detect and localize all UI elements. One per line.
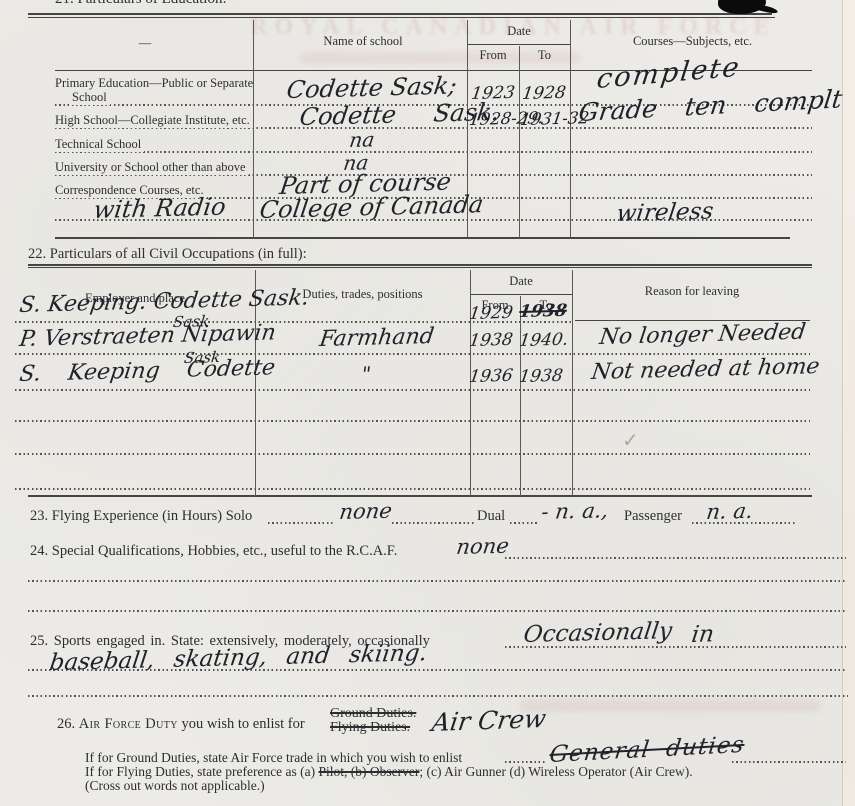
date-underline (470, 294, 572, 295)
hw-dual-hours: - n. a., (540, 498, 610, 524)
pilot-observer-struck: Pilot, (b) Observer (319, 764, 420, 779)
air-force-duty-smallcaps: Air Force Duty (79, 716, 178, 732)
section-24-label: 24. Special Qualifications, Hobbies, etc… (30, 543, 400, 560)
row-label-university: University or School other than above (55, 160, 249, 175)
row-line (15, 389, 810, 391)
flying-duties-option-struck: Flying Duties. (330, 720, 410, 736)
row-line (15, 353, 810, 355)
form-scan-page: ROYAL CANADIAN AIR FORCE 21. Particulars… (0, 0, 855, 806)
section-26-rest: you wish to enlist for (178, 716, 305, 732)
row-line (15, 453, 810, 455)
fill-in-line (732, 761, 846, 763)
section-21-title: 21. Particulars of Education: (55, 0, 227, 8)
fill-in-line (505, 761, 547, 763)
hw-to-2: 1940. (518, 330, 570, 351)
section-22-title: 22. Particulars of all Civil Occupations… (28, 246, 307, 263)
date-underline (467, 44, 570, 45)
hw-correspondence-2: with Radio (92, 193, 228, 224)
hw-solo-hours: none (338, 499, 393, 524)
column-rule (570, 20, 571, 238)
column-rule (253, 20, 254, 238)
column-header-courses: Courses—Subjects, etc. (575, 34, 810, 49)
row-label-primary-1: Primary Education—Public or Separate (55, 76, 256, 91)
column-header-from: From (467, 48, 519, 63)
hw-reason-3: Not needed at home (590, 354, 821, 385)
row-label-technical: Technical School (55, 137, 144, 152)
hw-sports-in: in (690, 621, 716, 648)
double-rule-top (28, 13, 772, 15)
hw-to-3: 1938 (518, 366, 564, 387)
page-edge-strip (842, 0, 855, 806)
blank-line (28, 610, 846, 612)
column-rule (520, 296, 521, 497)
hw-from-2: 1938 (468, 330, 514, 351)
hw-employer-3-province: Sask (183, 348, 222, 367)
hw-employer-2: P. Verstraeten Nipawin (18, 320, 277, 352)
hw-technical-na: na (348, 127, 376, 152)
double-rule-bottom (28, 267, 812, 268)
hw-passenger-hours: n. a. (705, 499, 754, 524)
flying-preference-pre: If for Flying Duties, state preference a… (85, 764, 319, 779)
column-header-school: Name of school (273, 34, 453, 49)
row-label-primary-2: School (72, 90, 110, 105)
hw-duties-2: Farmhand (318, 324, 436, 352)
hw-primary-to: 1928 (521, 83, 567, 104)
fill-in-line (268, 522, 334, 524)
flying-preference-post: ; (c) Air Gunner (d) Wireless Operator (… (419, 764, 692, 779)
fill-in-line (510, 522, 538, 524)
column-header-blank: — (90, 36, 200, 51)
column-header-to: To (519, 48, 570, 63)
double-rule-top (28, 264, 812, 266)
hw-primary-courses: complete (595, 52, 743, 95)
column-rule (519, 46, 520, 238)
row-line (55, 151, 812, 153)
column-header-date: Date (470, 274, 572, 289)
table-bottom-rule (55, 237, 790, 239)
hw-special-qualifications: none (455, 534, 510, 559)
double-rule-bottom (28, 17, 775, 18)
hw-trade-struck: General duties (548, 732, 746, 768)
table-bottom-rule (28, 495, 812, 497)
passenger-label: Passenger (624, 508, 685, 525)
section-26-label: 26. Air Force Duty you wish to enlist fo… (57, 716, 305, 733)
section-23-label: 23. Flying Experience (in Hours) Solo (30, 508, 255, 525)
column-rule (572, 270, 573, 497)
hw-duty-choice: Air Crew (430, 704, 548, 737)
pencil-check-mark: ✓ (622, 428, 639, 452)
row-label-highschool: High School—Collegiate Institute, etc. (55, 113, 253, 128)
hw-duties-3-ditto: " (360, 362, 372, 386)
column-header-reason: Reason for leaving (572, 284, 812, 299)
crossout-instruction: (Cross out words not applicable.) (85, 778, 265, 794)
dual-label: Dual (477, 508, 508, 525)
hw-reason-2: No longer Needed (598, 320, 807, 350)
column-header-date: Date (470, 24, 568, 39)
fill-in-line (505, 557, 846, 559)
row-line (15, 488, 810, 490)
fill-in-line (392, 522, 474, 524)
row-line (15, 420, 810, 422)
section-26-number: 26. (57, 716, 79, 732)
blank-line (28, 695, 848, 697)
hw-sports-frequency: Occasionally (522, 618, 674, 648)
hw-from-3: 1936 (468, 366, 514, 387)
blank-line (28, 580, 846, 582)
hw-employer-2-province: Sask (172, 312, 211, 331)
hw-employer-3: S. Keeping Codette (18, 355, 277, 387)
bleed-through-smudge (520, 700, 820, 712)
hw-from-1: 1929 (468, 303, 514, 324)
hw-correspondence-3: College of Canada (258, 190, 485, 224)
hw-correspondence-courses: wireless (615, 198, 715, 227)
hw-to-1-struck: 1938 (518, 301, 568, 322)
